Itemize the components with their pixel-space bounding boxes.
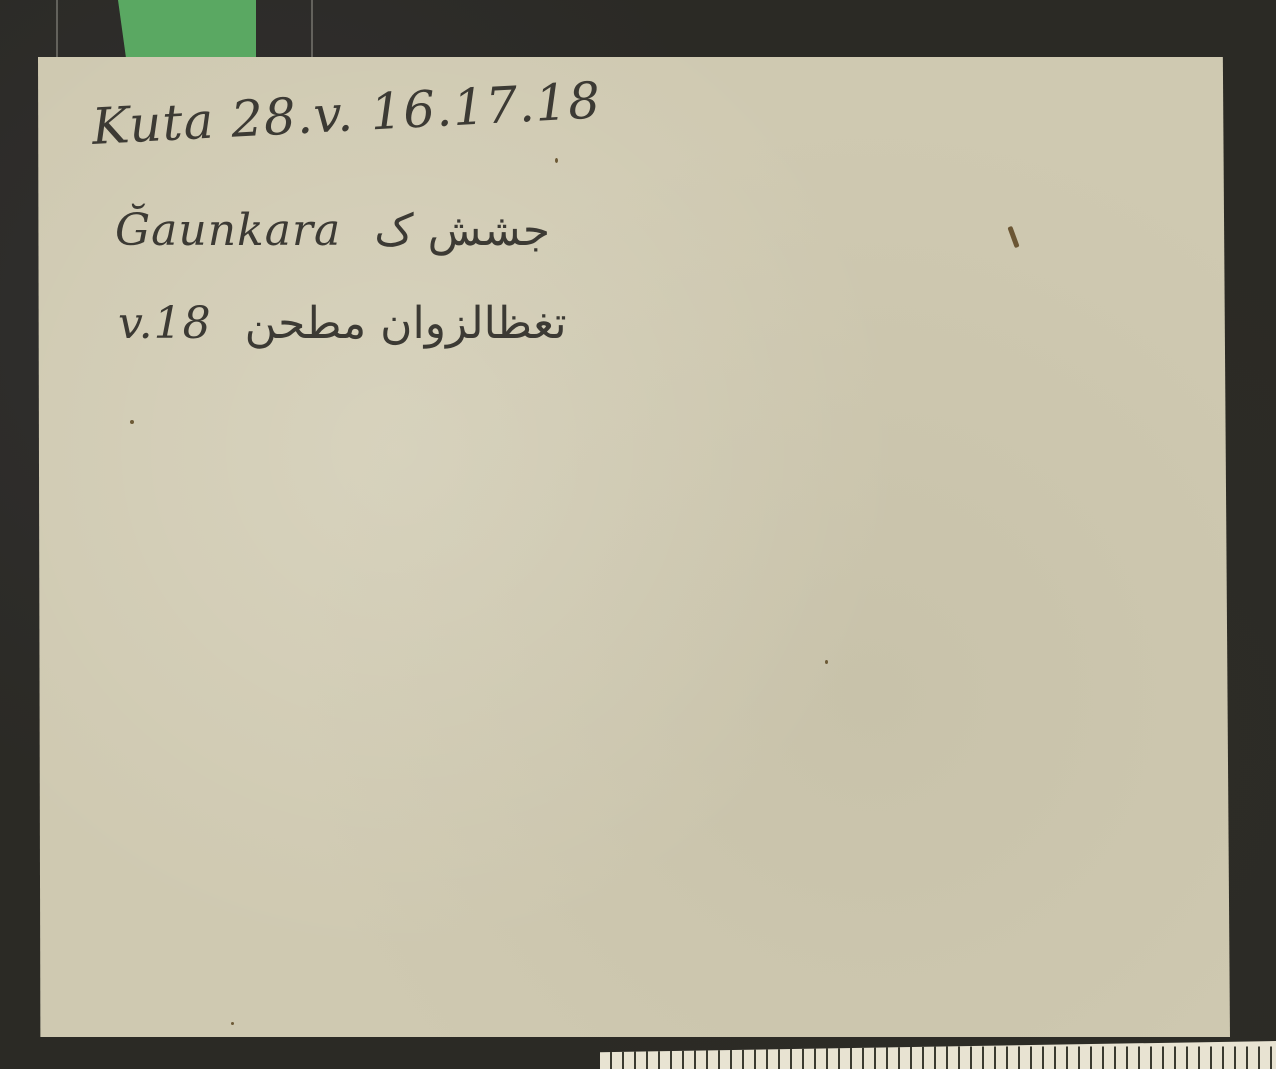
paper-speck [555,158,558,163]
handwritten-line-3: v.18 تغظالزوان مطحن [118,298,567,349]
paper-speck [231,1022,234,1025]
line-2-latin: Ğaunkara [115,205,341,256]
background-stripe [311,0,313,60]
paper-speck [130,420,134,424]
line-3-arabic: تغظالزوان مطحن [245,298,567,349]
line-3-latin: v.18 [118,298,212,349]
background-stripe [56,0,58,60]
green-index-tab [118,0,256,60]
paper-speck [825,660,828,664]
handwritten-line-2: Ğaunkara جشش ک [115,205,550,256]
line-2-arabic: جشش ک [374,205,550,256]
paper-slip [38,57,1230,1037]
